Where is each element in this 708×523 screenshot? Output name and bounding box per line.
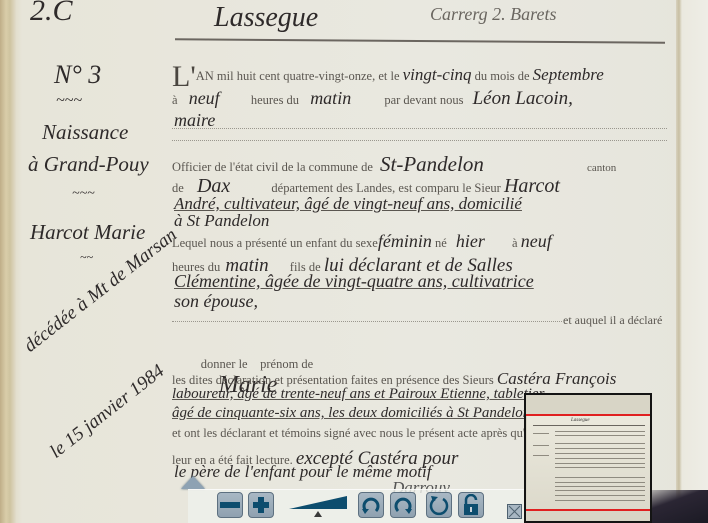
margin-act-type: Naissance [42,120,128,145]
margin-squiggle-3: ~~ [80,250,93,265]
rotate-left-button[interactable] [358,492,384,518]
dotted-rule [172,321,562,322]
body-line-7: à St Pandelon [174,211,269,231]
dotted-rule [172,128,667,129]
zoom-in-button[interactable] [248,492,274,518]
margin-squiggle-2: ~~~ [72,186,95,202]
close-icon [508,505,521,518]
margin-place: à Grand-Pouy [28,152,149,177]
zoom-wedge-icon [289,494,347,518]
image-viewer[interactable]: 2.C Lassegue Carrerg 2. Barets N° 3 ~~~ … [0,0,708,523]
unlock-icon [460,494,482,516]
plus-icon [250,494,272,516]
navigator-panel[interactable]: Lassegue [524,393,652,523]
zoom-slider[interactable] [289,494,347,518]
body-line-15: laboureur, âgé de trente-neuf ans et Pai… [172,386,544,403]
reset-icon [428,494,450,516]
dotted-rule [172,140,667,141]
page-binding-left [0,0,16,523]
body-line-2: à neuf heures du matin par devant nous L… [172,88,573,110]
header-rule [175,38,665,43]
toolbar-toggle-icon[interactable] [181,476,205,489]
body-line-11: son épouse, [174,291,258,312]
margin-squiggle: ~~~ [56,92,82,110]
lock-button[interactable] [458,492,484,518]
close-navigator-button[interactable] [507,504,522,519]
margin-act-number: N° 3 [54,60,101,90]
reset-view-button[interactable] [426,492,452,518]
minus-icon [219,494,241,516]
body-line-10: Clémentine, âgée de vingt-quatre ans, cu… [174,271,534,292]
zoom-out-button[interactable] [217,492,243,518]
body-line-8: Lequel nous a présenté un enfant du sexe… [172,231,552,252]
body-line-12: et auquel il a déclaré [563,313,662,328]
header-surname: Lassegue [214,2,318,34]
header-annotation: Carrerg 2. Barets [430,4,557,25]
body-line-4: Officier de l'état civil de la commune d… [172,152,616,177]
rotate-right-icon [392,494,414,516]
body-line-17: et ont les déclarant et témoins signé av… [172,426,532,441]
margin-death-note-2: le 15 janvier 1984 [46,361,169,464]
rotate-left-icon [360,494,382,516]
margin-child-name: Harcot Marie [30,220,145,245]
body-line-16: âgé de cinquante-six ans, les deux domic… [172,405,530,422]
rotate-right-button[interactable] [390,492,416,518]
page-gutter-right [676,0,708,523]
navigator-viewport[interactable] [526,414,650,511]
page-reference: 2.C [30,0,73,28]
